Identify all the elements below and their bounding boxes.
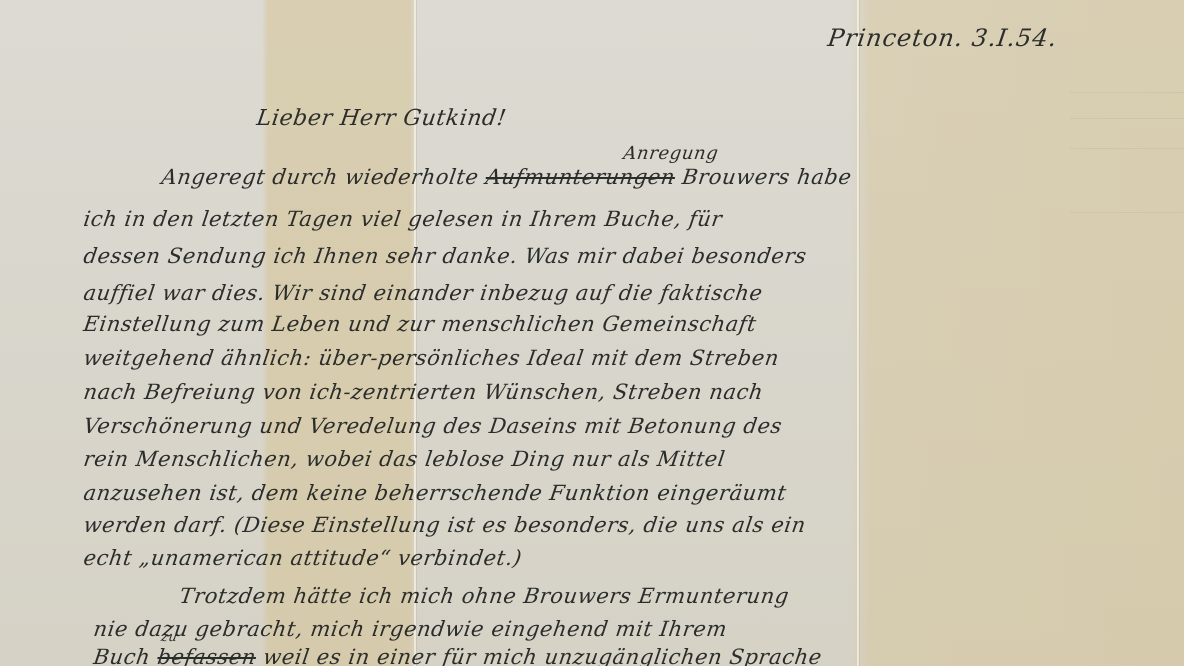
- letter-line-13: Trotzdem hätte ich mich ohne Brouwers Er…: [178, 584, 791, 608]
- letter-line-4: auffiel war dies. Wir sind einander inbe…: [82, 281, 764, 305]
- letter-line-7: nach Befreiung von ich-zentrierten Wünsc…: [82, 380, 765, 404]
- bleed-through-ink: [1070, 212, 1184, 213]
- bleed-through-ink: [1070, 92, 1184, 93]
- letter-line-1: Angeregt durch wiederholte Aufmunterunge…: [160, 165, 853, 189]
- paper-fold-line: [857, 0, 859, 666]
- inserted-word: Anregung: [622, 143, 720, 164]
- place-date: Princeton. 3.I.54.: [826, 24, 1059, 52]
- letter-line-6: weitgehend ähnlich: über-persönliches Id…: [82, 346, 781, 370]
- letter-line-3: dessen Sendung ich Ihnen sehr danke. Was…: [82, 244, 808, 268]
- inserted-word: zu: [160, 630, 179, 645]
- salutation: Lieber Herr Gutkind!: [255, 106, 508, 131]
- letter-line-14: nie dazu gebracht, mich irgendwie eingeh…: [92, 617, 729, 641]
- letter-line-2: ich in den letzten Tagen viel gelesen in…: [82, 207, 724, 231]
- letter-line-15: Buch befassen weil es in einer für mich …: [92, 645, 824, 666]
- letter-line-5: Einstellung zum Leben und zur menschlich…: [82, 312, 758, 336]
- struck-word: Aufmunterungen: [484, 165, 677, 189]
- letter-line-10: anzusehen ist, dem keine beherrschende F…: [82, 481, 788, 505]
- letter-line-12: echt „unamerican attitude“ verbindet.): [82, 546, 524, 570]
- bleed-through-ink: [1070, 118, 1184, 119]
- struck-word: befassen: [156, 645, 258, 666]
- letter-line-8: Verschönerung und Veredelung des Daseins…: [82, 414, 784, 438]
- bleed-through-ink: [1070, 148, 1184, 149]
- letter-line-9: rein Menschlichen, wobei das leblose Din…: [82, 447, 727, 471]
- letter-line-11: werden darf. (Diese Einstellung ist es b…: [82, 513, 808, 537]
